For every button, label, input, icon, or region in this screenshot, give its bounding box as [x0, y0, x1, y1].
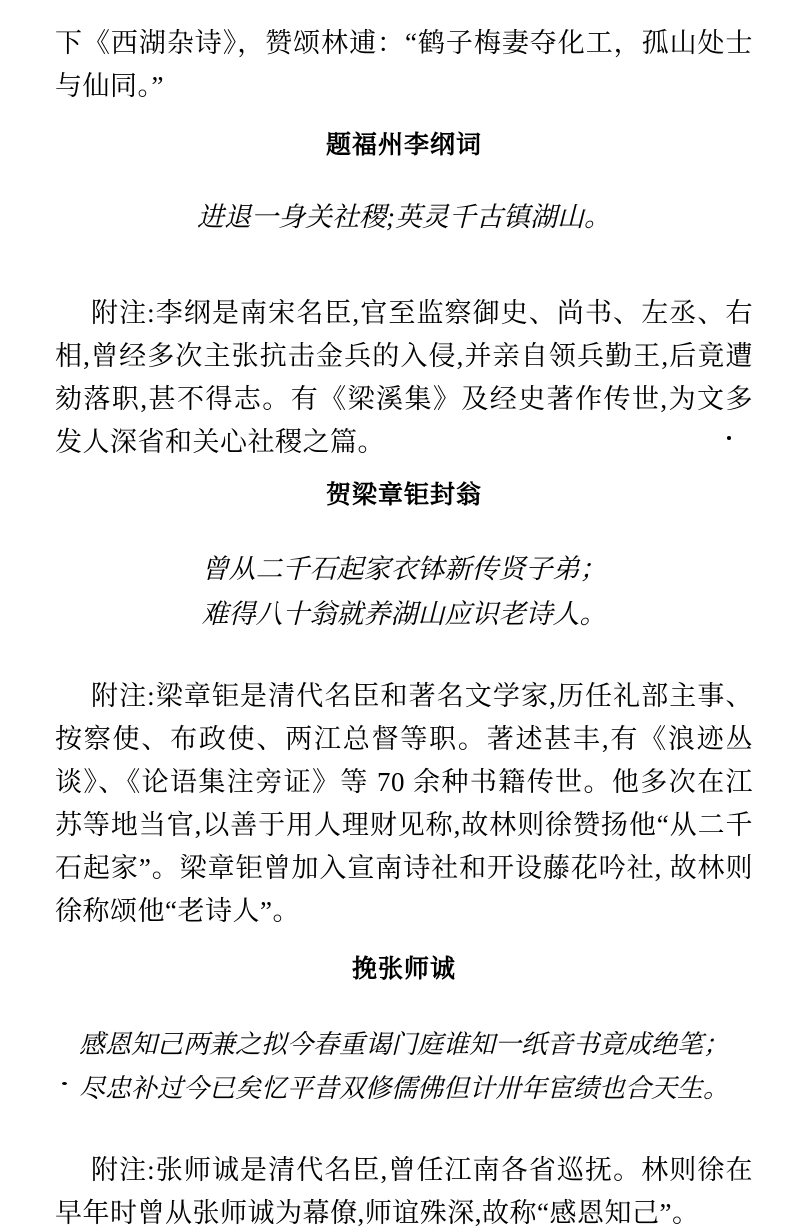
heading-zhangshicheng-elegy: 挽张师诚 — [55, 956, 753, 983]
scanned-book-page: 下《西湖杂诗》，赞颂林逋：“鹤子梅妻夺化工，孤山处士与仙同。” 题福州李纲词 进… — [0, 0, 800, 1228]
couplet-zhangshicheng: 感恩知己两兼之拟今春重谒门庭谁知一纸音书竟成绝笔； 尽忠补过今已矣忆平昔双修儒佛… — [55, 1023, 753, 1111]
couplet-line: 尽忠补过今已矣忆平昔双修儒佛但计卅年宦绩也合天生。 — [55, 1067, 753, 1111]
heading-liangzhangju: 贺梁章钜封翁 — [55, 482, 753, 509]
note-ligang: 附注:李纲是南宋名臣,官至监察御史、尚书、左丞、右相,曾经多次主张抗击金兵的入侵… — [55, 292, 753, 464]
couplet-line: 进退一身关社稷;英灵千古镇湖山。 — [55, 195, 753, 240]
note-liangzhangju: 附注:梁章钜是清代名臣和著名文学家,历任礼部主事、按察使、布政使、两江总督等职。… — [55, 675, 753, 933]
couplet-line: 感恩知己两兼之拟今春重谒门庭谁知一纸音书竟成绝笔； — [55, 1023, 753, 1067]
scan-speck — [62, 1082, 67, 1085]
couplet-line: 难得八十翁就养湖山应识老诗人。 — [55, 592, 753, 637]
paragraph-xihu-continuation: 下《西湖杂诗》，赞颂林逋：“鹤子梅妻夺化工，孤山处士与仙同。” — [55, 22, 753, 108]
couplet-ligang: 进退一身关社稷;英灵千古镇湖山。 — [55, 195, 753, 240]
couplet-line: 曾从二千石起家衣钵新传贤子弟； — [55, 547, 753, 592]
heading-ligang-shrine: 题福州李纲词 — [55, 132, 753, 159]
note-zhangshicheng: 附注:张师诚是清代名臣,曾任江南各省巡抚。林则徐在早年时曾从张师诚为幕僚,师谊殊… — [55, 1149, 753, 1228]
couplet-liangzhangju: 曾从二千石起家衣钵新传贤子弟； 难得八十翁就养湖山应识老诗人。 — [55, 547, 753, 637]
scan-speck — [727, 436, 731, 440]
